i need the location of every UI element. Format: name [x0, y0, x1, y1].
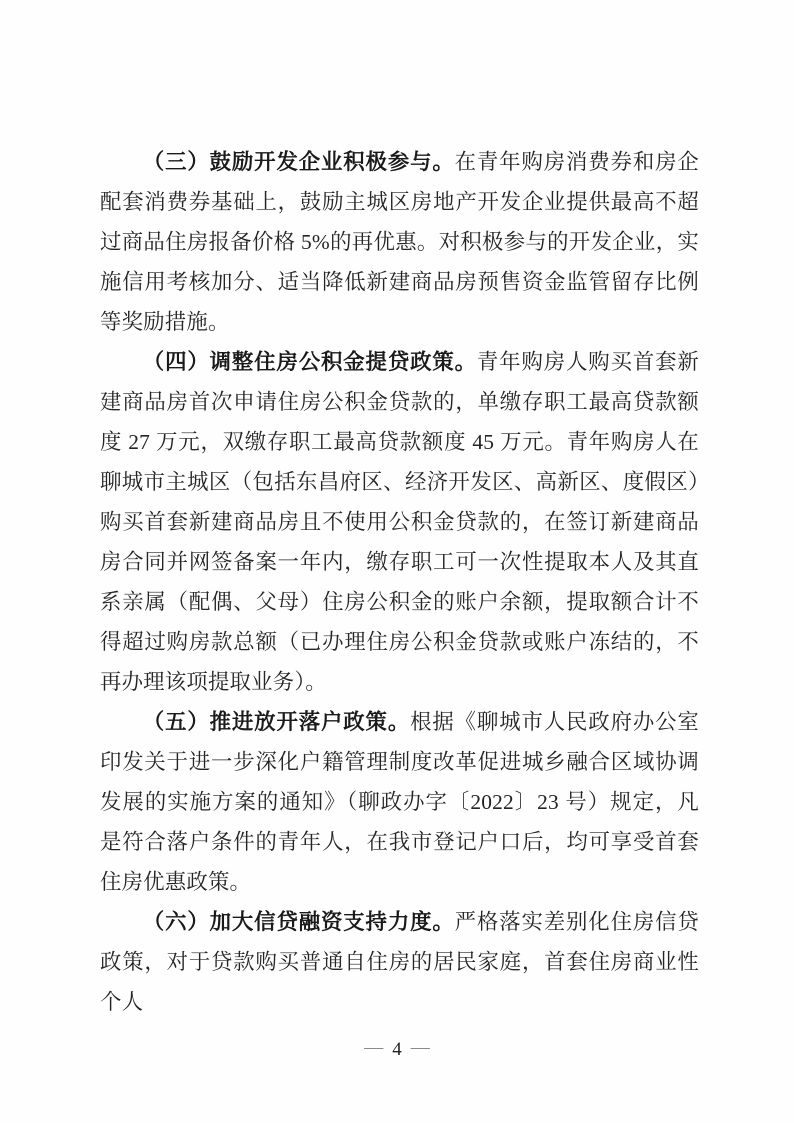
document-page: （三）鼓励开发企业积极参与。在青年购房消费券和房企配套消费券基础上，鼓励主城区房…	[0, 0, 794, 1123]
paragraph-text: 根据《聊城市人民政府办公室印发关于进一步深化户籍管理制度改革促进城乡融合区域协调…	[100, 710, 699, 894]
paragraph-text: 在青年购房消费券和房企配套消费券基础上，鼓励主城区房地产开发企业提供最高不超过商…	[100, 150, 699, 334]
paragraph: （五）推进放开落户政策。根据《聊城市人民政府办公室印发关于进一步深化户籍管理制度…	[100, 702, 699, 902]
paragraph: （六）加大信贷融资支持力度。严格落实差别化住房信贷政策，对于贷款购买普通自住房的…	[100, 902, 699, 1022]
paragraph-lead: （三）鼓励开发企业积极参与。	[143, 150, 455, 174]
document-body: （三）鼓励开发企业积极参与。在青年购房消费券和房企配套消费券基础上，鼓励主城区房…	[100, 142, 699, 1022]
paragraph: （三）鼓励开发企业积极参与。在青年购房消费券和房企配套消费券基础上，鼓励主城区房…	[100, 142, 699, 342]
footer-dash-right: —	[411, 1037, 430, 1058]
footer-dash-left: —	[364, 1037, 383, 1058]
page-footer: —4—	[0, 1037, 794, 1063]
paragraph-lead: （四）调整住房公积金提贷政策。	[143, 350, 477, 374]
paragraph-lead: （六）加大信贷融资支持力度。	[143, 910, 455, 934]
paragraph-lead: （五）推进放开落户政策。	[143, 710, 410, 734]
page-number: 4	[392, 1039, 402, 1060]
paragraph-text: 青年购房人购买首套新建商品房首次申请住房公积金贷款的，单缴存职工最高贷款额度 2…	[100, 350, 699, 694]
paragraph: （四）调整住房公积金提贷政策。青年购房人购买首套新建商品房首次申请住房公积金贷款…	[100, 342, 699, 702]
